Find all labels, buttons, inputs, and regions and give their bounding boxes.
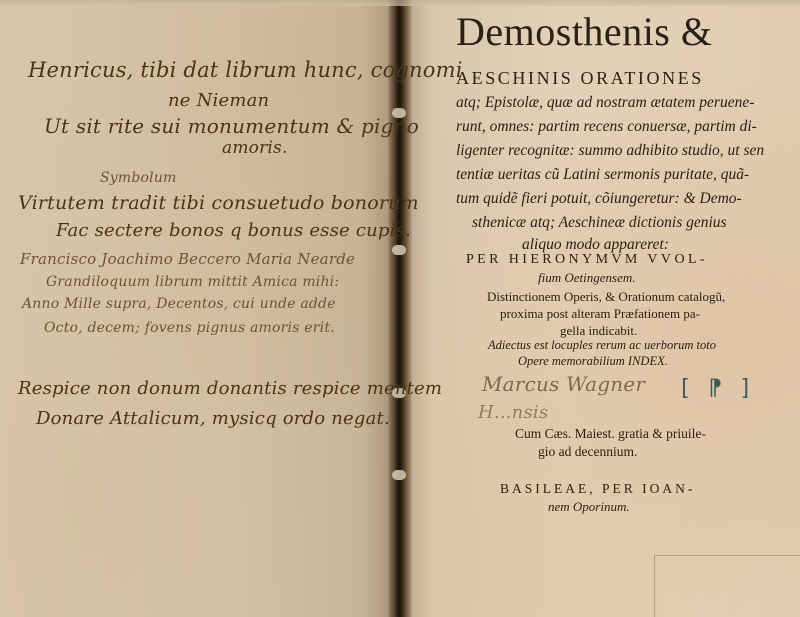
- dedication-line: Grandiloquum librum mittit Amica mihi:: [46, 274, 339, 290]
- binding-stitch: [392, 245, 406, 255]
- privilege-line: gio ad decennium.: [538, 444, 637, 460]
- index-note-line: Adiectus est locuples rerum ac uerborum …: [488, 338, 716, 353]
- privilege-line: Cum Cæs. Maiest. gratia & priuile-: [515, 426, 706, 442]
- motto-line: Donare Attalicum, mysicq ordo negat.: [36, 408, 390, 429]
- inscription-line: ne Nieman: [168, 90, 269, 111]
- imprint-line: BASILEAE, PER IOAN-: [500, 481, 695, 497]
- symbolum-label: Symbolum: [100, 170, 177, 186]
- page-top-edge: [0, 0, 800, 6]
- editor-line: fium Oetingensem.: [538, 270, 635, 286]
- inscription-line: amoris.: [222, 138, 288, 158]
- imprint-line: nem Oporinum.: [548, 499, 630, 515]
- binding-stitch: [392, 470, 406, 480]
- description-line: runt, omnes: partim recens conuersæ, par…: [456, 118, 757, 136]
- title-demosthenis: Demosthenis &: [456, 8, 712, 55]
- symbolum-line: Virtutem tradit tibi consuetudo bonorum: [18, 192, 419, 214]
- editor-line: PER HIERONYMVM VVOL-: [466, 252, 708, 268]
- ownership-signature: H...nsis: [478, 402, 548, 423]
- subtitle-aeschinis: AESCHINIS ORATIONES: [456, 68, 704, 89]
- inscription-line: Ut sit rite sui monumentum & pigno: [44, 114, 419, 138]
- description-line: tum quidẽ fieri potuit, cõiungeretur: & …: [456, 190, 742, 208]
- book-spine-gutter: [388, 0, 412, 617]
- index-note-line: Opere memorabilium INDEX.: [518, 354, 668, 369]
- description-line: atq; Epistolæ, quæ ad nostram ætatem per…: [456, 94, 754, 112]
- description-line: sthenicæ atq; Aeschineæ dictionis genius: [472, 214, 727, 232]
- motto-line: Respice non donum donantis respice mente…: [18, 378, 442, 399]
- inscription-line: Henricus, tibi dat librum hunc, cognomi: [28, 58, 463, 82]
- library-stamp: [ ⁋ ]: [678, 376, 754, 401]
- catalog-note-line: proxima post alteram Præfationem pa-: [500, 306, 700, 322]
- description-line: ligenter recognitæ: summo adhibito studi…: [456, 142, 764, 160]
- dedication-line: Francisco Joachimo Beccero Maria Nearde: [20, 250, 355, 268]
- catalog-note-line: Distinctionem Operis, & Orationum catalo…: [487, 289, 725, 305]
- paper-crease: [654, 555, 800, 617]
- dedication-line: Octo, decem; fovens pignus amoris erit.: [44, 320, 335, 336]
- catalog-note-line: gella indicabit.: [560, 323, 637, 339]
- symbolum-line: Fac sectere bonos q bonus esse cupis.: [56, 220, 411, 241]
- dedication-line: Anno Mille supra, Decentos, cui unde add…: [22, 296, 336, 312]
- ownership-signature: Marcus Wagner: [482, 372, 645, 396]
- description-line: tentiæ ueritas cũ Latini sermonis purita…: [456, 166, 749, 184]
